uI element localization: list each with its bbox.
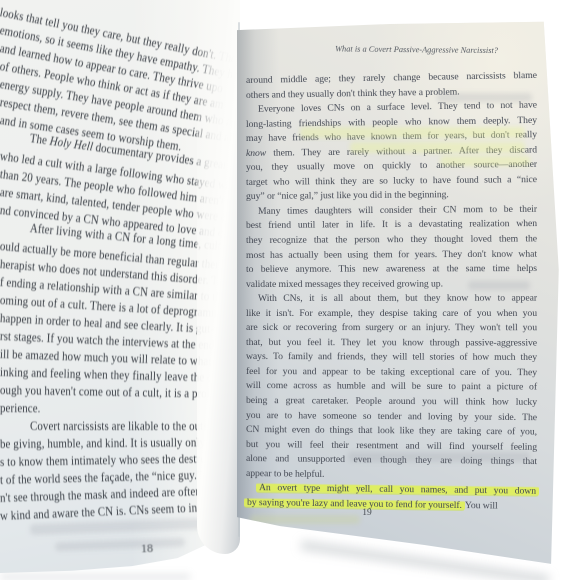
bleed-through-smudge bbox=[437, 93, 532, 102]
text-segment: ough you haven't come out of a cult, it … bbox=[0, 382, 227, 401]
text-segment: Many times daughters will consider their… bbox=[258, 204, 537, 217]
text-segment: CN might even do things that look like t… bbox=[246, 424, 537, 437]
text-segment: know bbox=[246, 147, 266, 158]
bleed-through-smudge bbox=[55, 538, 185, 552]
text-line: are sick or recovering from surgery or a… bbox=[246, 322, 537, 337]
page-shadow bbox=[0, 574, 190, 580]
text-segment: around middle age; they rarely change be… bbox=[246, 70, 537, 86]
text-segment: being a great caretaker. People around y… bbox=[246, 395, 537, 408]
text-line: most has actually been using them for ye… bbox=[246, 248, 537, 264]
text-line: With CNs, it is all about them, but they… bbox=[246, 293, 537, 308]
text-line: they recognize that the person who they … bbox=[246, 233, 537, 249]
text-line: ways. To family and friends, they will t… bbox=[246, 351, 537, 366]
text-segment: to believe anymore. This new awareness a… bbox=[246, 263, 537, 275]
bleed-through-smudge bbox=[468, 281, 530, 290]
text-segment: like it isn't. For example, they despise… bbox=[246, 308, 537, 319]
right-page: What is a Covert Passive-Aggressive Narc… bbox=[215, 14, 564, 570]
text-line: perience. bbox=[0, 400, 41, 416]
text-segment: The bbox=[29, 130, 51, 148]
text-segment: ways. To family and friends, they will t… bbox=[246, 351, 537, 363]
running-header: What is a Covert Passive-Aggressive Narc… bbox=[246, 43, 538, 55]
text-line: being a great caretaker. People around y… bbox=[246, 395, 537, 411]
text-line: to believe anymore. This new awareness a… bbox=[246, 263, 537, 279]
text-segment: you are to have someone so tender and lo… bbox=[246, 410, 537, 423]
bleed-through-smudge bbox=[300, 127, 525, 138]
text-segment: are sick or recovering from surgery or a… bbox=[246, 322, 537, 333]
bleed-through-smudge bbox=[440, 156, 530, 166]
page-fore-edge bbox=[197, 0, 240, 554]
book-photo: looks that tell you they care, but they … bbox=[0, 0, 580, 580]
right-page-text: around middle age; they rarely change be… bbox=[246, 75, 537, 511]
text-line: like it isn't. For example, they despise… bbox=[246, 308, 537, 323]
bleed-through-smudge bbox=[250, 515, 360, 524]
text-segment: they recognize that the person who they … bbox=[246, 233, 537, 246]
text-segment: guy” or “nice gal,” just like you did in… bbox=[246, 190, 449, 203]
text-segment: best friend until later in life. It is a… bbox=[246, 219, 537, 232]
text-segment: but you will feel their resentment and w… bbox=[246, 439, 537, 453]
text-segment: that, but you feel it. They let you know… bbox=[246, 337, 537, 349]
text-line: best friend until later in life. It is a… bbox=[246, 219, 537, 235]
bleed-through-smudge bbox=[348, 452, 530, 462]
text-segment: target who will think they are so lucky … bbox=[246, 174, 537, 188]
text-line: will come across as humble and will be s… bbox=[246, 380, 537, 396]
text-segment: appear to be helpful. bbox=[246, 468, 324, 480]
highlight-marker: An overt type might yell, call you names… bbox=[256, 482, 539, 497]
text-segment: feel for you and appear to be taking exc… bbox=[246, 366, 537, 378]
text-segment: will come across as humble and will be s… bbox=[246, 380, 537, 393]
page-stack-edge bbox=[254, 526, 580, 576]
text-segment: validate mixed messages they received gr… bbox=[246, 278, 443, 289]
text-segment: most has actually been using them for ye… bbox=[246, 248, 537, 260]
text-segment: perience. bbox=[0, 400, 41, 415]
bleed-through-smudge bbox=[350, 142, 525, 153]
text-line: ough you haven't come out of a cult, it … bbox=[0, 382, 227, 402]
text-line: that, but you feel it. They let you know… bbox=[246, 337, 537, 352]
text-segment: With CNs, it is all about them, but they… bbox=[258, 293, 537, 304]
text-segment: s to know them intimately who sees the d… bbox=[0, 450, 223, 469]
